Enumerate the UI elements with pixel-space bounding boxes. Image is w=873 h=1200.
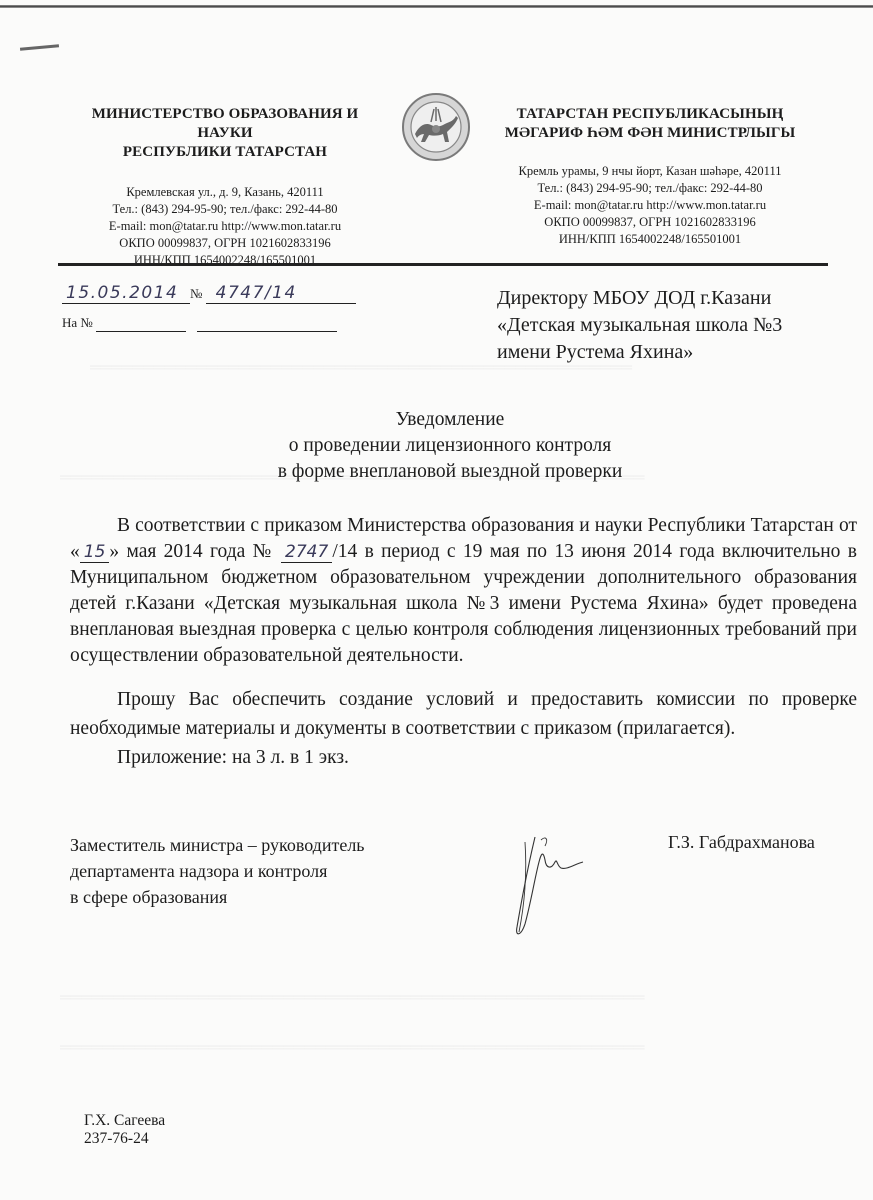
executor-name: Г.Х. Сагеева <box>84 1112 165 1130</box>
registration-date-number: 15.05.2014№ 4747/14 <box>62 283 356 304</box>
reply-reference: На № <box>62 315 337 332</box>
handwritten-day: 15 <box>80 542 110 563</box>
reply-number-blank <box>96 315 186 332</box>
header-divider <box>58 263 828 266</box>
org-contacts-tt: Кремль урамы, 9 нчы йорт, Казан шәһәре, … <box>490 163 810 248</box>
position-line3: в сфере образования <box>70 884 365 910</box>
handwritten-signature-icon <box>505 832 585 942</box>
tatarstan-emblem-icon <box>401 92 471 162</box>
document-title: Уведомление о проведении лицензионного к… <box>200 407 700 485</box>
executor-phone: 237-76-24 <box>84 1130 165 1148</box>
addressee-line2: «Детская музыкальная школа №3 <box>497 312 782 339</box>
handwritten-reg-number: 4747/14 <box>206 283 356 304</box>
letterhead-left: МИНИСТЕРСТВО ОБРАЗОВАНИЯ И НАУКИ РЕСПУБЛ… <box>66 105 384 269</box>
signatory-name: Г.З. Габдрахманова <box>668 832 815 853</box>
title-line3: в форме внеплановой выездной проверки <box>200 459 700 485</box>
org-name-line2: РЕСПУБЛИКИ ТАТАРСТАН <box>66 143 384 162</box>
letterhead-right: ТАТАРСТАН РЕСПУБЛИКАСЫНЫҢ МӘГАРИФ ҺӘМ ФӘ… <box>490 105 810 248</box>
text-segment: » мая 2014 года № <box>109 541 281 562</box>
reply-date-blank <box>197 315 337 332</box>
org-email-web: E-mail: mon@tatar.ru http://www.mon.tata… <box>490 197 810 214</box>
executor-info: Г.Х. Сагеева 237-76-24 <box>84 1112 165 1148</box>
org-phone: Тел.: (843) 294-95-90; тел./факс: 292-44… <box>66 201 384 218</box>
title-line1: Уведомление <box>200 407 700 433</box>
addressee-line3: имени Рустема Яхина» <box>497 339 782 366</box>
signatory-position: Заместитель министра – руководитель депа… <box>70 832 365 910</box>
org-name-ru: МИНИСТЕРСТВО ОБРАЗОВАНИЯ И НАУКИ РЕСПУБЛ… <box>66 105 384 162</box>
body-paragraph-2: Прошу Вас обеспечить создание условий и … <box>70 685 857 743</box>
org-name-tt: ТАТАРСТАН РЕСПУБЛИКАСЫНЫҢ МӘГАРИФ ҺӘМ ФӘ… <box>490 105 810 143</box>
handwritten-date: 15.05.2014 <box>62 283 190 304</box>
scan-edge-line <box>0 5 873 8</box>
addressee-line1: Директору МБОУ ДОД г.Казани <box>497 285 782 312</box>
org-okpo-ogrn: ОКПО 00099837, ОГРН 1021602833196 <box>66 235 384 252</box>
title-line2: о проведении лицензионного контроля <box>200 433 700 459</box>
attachment-note: Приложение: на 3 л. в 1 экз. <box>117 745 873 771</box>
scan-mark <box>20 44 59 50</box>
org-address: Кремлевская ул., д. 9, Казань, 420111 <box>66 184 384 201</box>
org-phone: Тел.: (843) 294-95-90; тел./факс: 292-44… <box>490 180 810 197</box>
reply-label: На № <box>62 315 93 330</box>
org-contacts-ru: Кремлевская ул., д. 9, Казань, 420111 Те… <box>66 184 384 269</box>
org-name-line1: ТАТАРСТАН РЕСПУБЛИКАСЫНЫҢ <box>490 105 810 124</box>
org-inn-kpp: ИНН/КПП 1654002248/165501001 <box>66 252 384 269</box>
handwritten-order-number: 2747 <box>281 542 332 563</box>
org-address: Кремль урамы, 9 нчы йорт, Казан шәһәре, … <box>490 163 810 180</box>
bleed-through-text: ════════════════════════════════════════… <box>60 990 645 1007</box>
bleed-through-text: ════════════════════════════════════════… <box>60 1040 645 1057</box>
org-inn-kpp: ИНН/КПП 1654002248/165501001 <box>490 231 810 248</box>
position-line2: департамента надзора и контроля <box>70 858 365 884</box>
body-paragraph-1: В соответствии с приказом Министерства о… <box>70 513 857 669</box>
org-name-line1: МИНИСТЕРСТВО ОБРАЗОВАНИЯ И НАУКИ <box>66 105 384 143</box>
number-sign: № <box>190 286 202 301</box>
addressee: Директору МБОУ ДОД г.Казани «Детская муз… <box>497 285 782 366</box>
position-line1: Заместитель министра – руководитель <box>70 832 365 858</box>
org-name-line2: МӘГАРИФ ҺӘМ ФӘН МИНИСТРЛЫГЫ <box>490 124 810 143</box>
org-email-web: E-mail: mon@tatar.ru http://www.mon.tata… <box>66 218 384 235</box>
org-okpo-ogrn: ОКПО 00099837, ОГРН 1021602833196 <box>490 214 810 231</box>
